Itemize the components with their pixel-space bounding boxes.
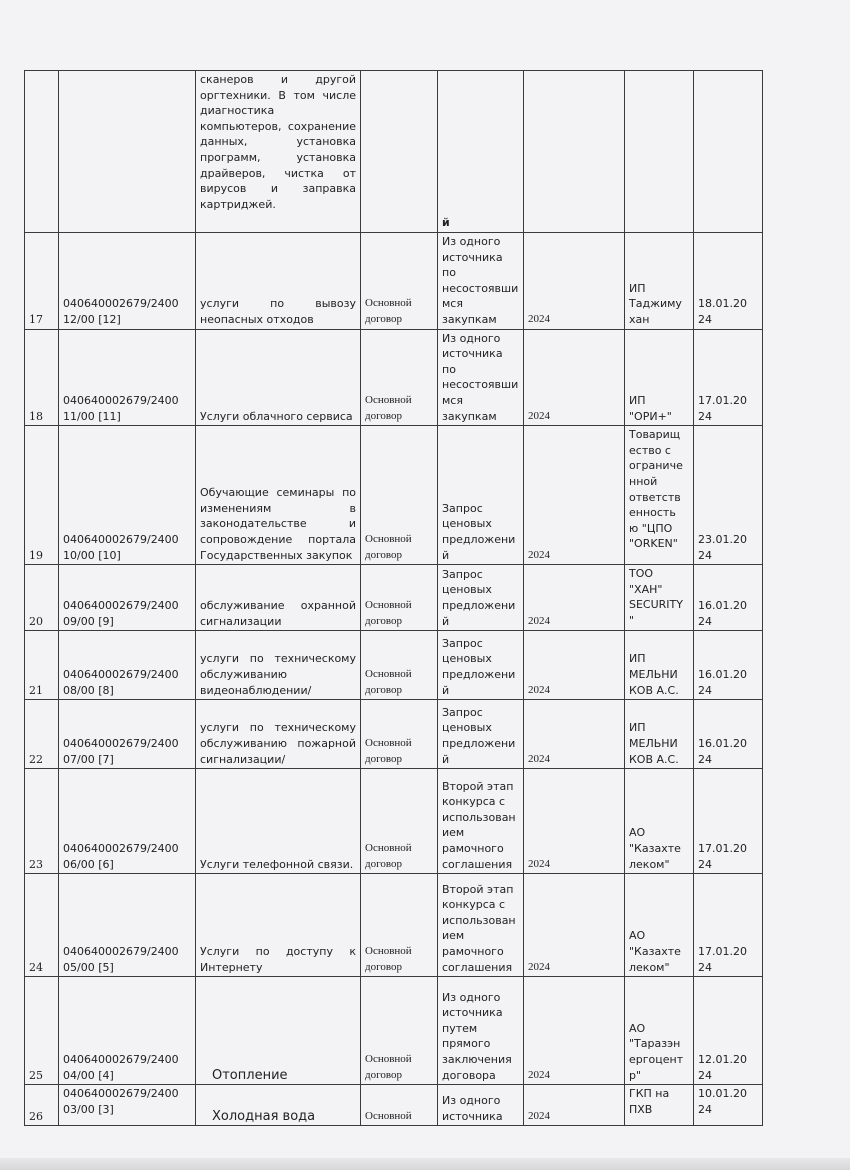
table-row: 17040640002679/240012/00 [12]услуги по в… xyxy=(25,233,763,330)
row-number: 22 xyxy=(25,700,59,769)
supplier-cell: АО"Казахтелеком" xyxy=(625,874,694,977)
date-cell: 23.01.2024 xyxy=(694,426,763,565)
contract-id-cell: 040640002679/240012/00 [12] xyxy=(59,233,196,330)
contract-id-cell: 040640002679/240006/00 [6] xyxy=(59,769,196,874)
contract-id-cell xyxy=(59,71,196,233)
procurement-method-cell: Запросценовыхпредложений xyxy=(438,631,524,700)
supplier-cell: АО"Казахтелеком" xyxy=(625,769,694,874)
contract-type-cell: Основнойдоговор xyxy=(361,631,438,700)
subject-cell: Услуги телефонной связи. xyxy=(196,769,361,874)
row-number: 17 xyxy=(25,233,59,330)
table-row: 25040640002679/240004/00 [4]ОтоплениеОсн… xyxy=(25,977,763,1085)
method-cell: й xyxy=(438,71,524,233)
table-row: 19040640002679/240010/00 [10]Обучающие с… xyxy=(25,426,763,565)
supplier-cell: ИП"ОРИ+" xyxy=(625,329,694,426)
contract-type-cell: Основнойдоговор xyxy=(361,426,438,565)
subject-cell: Услуги по доступу к Интернету xyxy=(196,874,361,977)
table-row: 26040640002679/240003/00 [3]Холодная вод… xyxy=(25,1085,763,1126)
procurement-method-cell: Запросценовыхпредложений xyxy=(438,426,524,565)
type-cell xyxy=(361,71,438,233)
row-number: 21 xyxy=(25,631,59,700)
procurement-method-cell: Запросценовыхпредложений xyxy=(438,565,524,631)
year-cell: 2024 xyxy=(524,700,625,769)
year-cell: 2024 xyxy=(524,769,625,874)
supplier-cell: Товарищество сограниченнойответственност… xyxy=(625,426,694,565)
date-cell: 16.01.2024 xyxy=(694,631,763,700)
procurement-method-cell: Из одногоисточника xyxy=(438,1085,524,1126)
row-number: 23 xyxy=(25,769,59,874)
year-cell: 2024 xyxy=(524,426,625,565)
table-row: 21040640002679/240008/00 [8]услуги по те… xyxy=(25,631,763,700)
page-bottom-edge xyxy=(0,1158,850,1170)
row-number: 24 xyxy=(25,874,59,977)
table-row: 18040640002679/240011/00 [11]Услуги обла… xyxy=(25,329,763,426)
contract-type-cell: Основнойдоговор xyxy=(361,233,438,330)
year-cell: 2024 xyxy=(524,565,625,631)
supplier-cell xyxy=(625,71,694,233)
row-number: 26 xyxy=(25,1085,59,1126)
contract-type-cell: Основной xyxy=(361,1085,438,1126)
year-cell xyxy=(524,71,625,233)
contract-type-cell: Основнойдоговор xyxy=(361,700,438,769)
subject-cell: Отопление xyxy=(196,977,361,1085)
contract-type-cell: Основнойдоговор xyxy=(361,565,438,631)
row-number: 20 xyxy=(25,565,59,631)
date-cell: 17.01.2024 xyxy=(694,329,763,426)
year-cell: 2024 xyxy=(524,233,625,330)
subject-cell: Услуги облачного сервиса xyxy=(196,329,361,426)
date-cell: 12.01.2024 xyxy=(694,977,763,1085)
procurement-method-cell: Из одногоисточника понесостоявшимсязакуп… xyxy=(438,329,524,426)
procurement-method-cell: Второй этапконкурса сиспользованиемрамоч… xyxy=(438,769,524,874)
year-cell: 2024 xyxy=(524,1085,625,1126)
subject-cell: Обучающие семинары по изменениям в закон… xyxy=(196,426,361,565)
date-cell: 18.01.2024 xyxy=(694,233,763,330)
procurement-method-cell: Из одногоисточникапутемпрямогозаключения… xyxy=(438,977,524,1085)
table-row: 23040640002679/240006/00 [6]Услуги телеф… xyxy=(25,769,763,874)
contract-id-cell: 040640002679/240010/00 [10] xyxy=(59,426,196,565)
row-number: 25 xyxy=(25,977,59,1085)
supplier-cell: ГКП наПХВ xyxy=(625,1085,694,1126)
method-text: й xyxy=(442,216,450,229)
year-cell: 2024 xyxy=(524,631,625,700)
procurement-method-cell: Второй этапконкурса сиспользованиемрамоч… xyxy=(438,874,524,977)
subject-cell: услуги по техническому обслуживанию виде… xyxy=(196,631,361,700)
date-cell: 16.01.2024 xyxy=(694,565,763,631)
row-number: 19 xyxy=(25,426,59,565)
table-row-continued: сканеров и другой оргтехники. В том числ… xyxy=(25,71,763,233)
contract-id-cell: 040640002679/240009/00 [9] xyxy=(59,565,196,631)
subject-cell: Холодная вода xyxy=(196,1085,361,1126)
subject-cell: обслуживание охранной сигнализации xyxy=(196,565,361,631)
contract-id-cell: 040640002679/240003/00 [3] xyxy=(59,1085,196,1126)
date-cell: 17.01.2024 xyxy=(694,874,763,977)
supplier-cell: АО"Таразэнергоцентр" xyxy=(625,977,694,1085)
subject-cell: сканеров и другой оргтехники. В том числ… xyxy=(196,71,361,233)
row-number: 18 xyxy=(25,329,59,426)
subject-cell: услуги по вывозу неопасных отходов xyxy=(196,233,361,330)
table-row: 24040640002679/240005/00 [5]Услуги по до… xyxy=(25,874,763,977)
contract-id-cell: 040640002679/240011/00 [11] xyxy=(59,329,196,426)
year-cell: 2024 xyxy=(524,977,625,1085)
table-row: 20040640002679/240009/00 [9]обслуживание… xyxy=(25,565,763,631)
subject-cell: услуги по техническому обслуживанию пожа… xyxy=(196,700,361,769)
supplier-cell: ТОО"ХАН"SECURITY" xyxy=(625,565,694,631)
contract-type-cell: Основнойдоговор xyxy=(361,769,438,874)
table-row: 22040640002679/240007/00 [7]услуги по те… xyxy=(25,700,763,769)
date-cell xyxy=(694,71,763,233)
contract-type-cell: Основнойдоговор xyxy=(361,874,438,977)
date-cell: 10.01.2024 xyxy=(694,1085,763,1126)
date-cell: 16.01.2024 xyxy=(694,700,763,769)
supplier-cell: ИПТаджимухан xyxy=(625,233,694,330)
supplier-cell: ИПМЕЛЬНИКОВ А.С. xyxy=(625,700,694,769)
contract-type-cell: Основнойдоговор xyxy=(361,329,438,426)
contract-id-cell: 040640002679/240005/00 [5] xyxy=(59,874,196,977)
contract-id-cell: 040640002679/240008/00 [8] xyxy=(59,631,196,700)
date-cell: 17.01.2024 xyxy=(694,769,763,874)
year-cell: 2024 xyxy=(524,874,625,977)
procurement-method-cell: Из одногоисточника понесостоявшимсязакуп… xyxy=(438,233,524,330)
year-cell: 2024 xyxy=(524,329,625,426)
contract-id-cell: 040640002679/240007/00 [7] xyxy=(59,700,196,769)
num-cell xyxy=(25,71,59,233)
procurement-method-cell: Запросценовыхпредложений xyxy=(438,700,524,769)
procurement-table: сканеров и другой оргтехники. В том числ… xyxy=(24,70,763,1126)
supplier-cell: ИПМЕЛЬНИКОВ А.С. xyxy=(625,631,694,700)
contract-id-cell: 040640002679/240004/00 [4] xyxy=(59,977,196,1085)
subject-text: сканеров и другой оргтехники. В том числ… xyxy=(200,73,356,211)
contract-type-cell: Основнойдоговор xyxy=(361,977,438,1085)
